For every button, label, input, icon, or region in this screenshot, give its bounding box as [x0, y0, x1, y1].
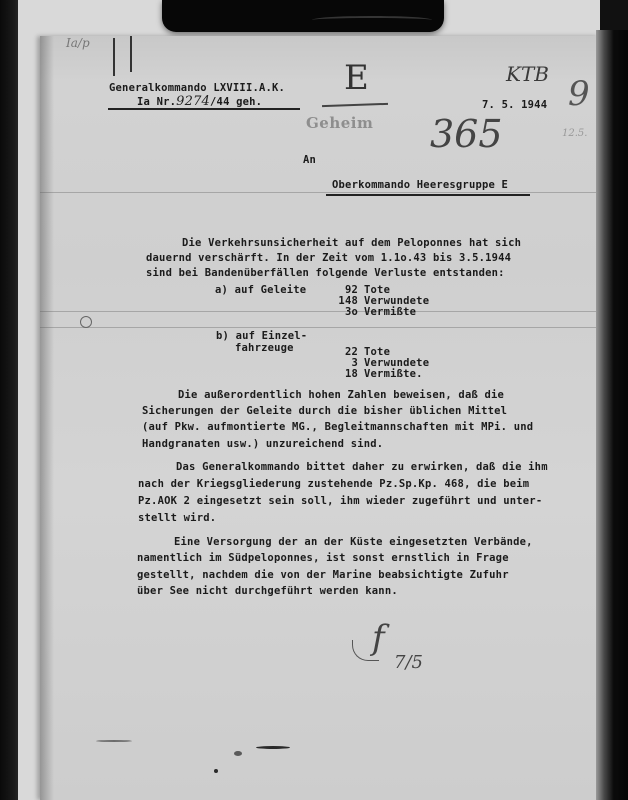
ktb-note: KTB — [506, 62, 549, 86]
loss-label: Vermißte — [364, 305, 416, 319]
punch-hole-icon — [80, 316, 92, 328]
body-line: Pz.AOK 2 eingesetzt sein soll, ihm wiede… — [138, 494, 542, 508]
loss-category: a) auf Geleite — [215, 283, 306, 297]
file-number-handwritten: 9274 — [176, 94, 210, 109]
scan-artifact — [214, 769, 218, 773]
scan-border-right — [596, 30, 628, 800]
document-page — [40, 36, 600, 800]
scan-border-left — [0, 0, 20, 800]
punch-mark — [113, 38, 115, 76]
sender-line2: Ia Nr.9274/44 geh. — [137, 95, 262, 109]
loss-count: 3o — [336, 305, 358, 319]
body-line: namentlich im Südpeloponnes, ist sonst e… — [137, 551, 509, 565]
body-line: Die außerordentlich hohen Zahlen beweise… — [178, 388, 504, 402]
margin-note: Ia/p — [66, 36, 90, 50]
scan-artifact — [234, 751, 242, 756]
body-line: Handgranaten usw.) unzureichend sind. — [142, 437, 383, 451]
classification-stamp: Geheim — [306, 114, 373, 132]
body-line: dauernd verschärft. In der Zeit vom 1.1o… — [146, 251, 511, 265]
crease-line — [40, 327, 596, 328]
handwritten-letter: E — [344, 58, 369, 98]
loss-count: 18 — [336, 367, 358, 381]
received-date-note: 12.5. — [562, 128, 587, 139]
punch-mark — [130, 36, 132, 72]
scan-artifact — [256, 746, 290, 749]
page-number-note: 9 — [568, 74, 590, 114]
document-date: 7. 5. 1944 — [482, 98, 547, 112]
signature-date: 7/5 — [394, 652, 423, 673]
scan-artifact — [96, 740, 132, 742]
loss-category-cont: fahrzeuge — [235, 341, 294, 355]
body-line: stellt wird. — [138, 511, 216, 525]
body-line: gestellt, nachdem die von der Marine bea… — [137, 568, 509, 582]
sender-line1: Generalkommando LXVIII.A.K. — [109, 81, 285, 95]
binder-clip — [162, 0, 444, 32]
body-line: Das Generalkommando bittet daher zu erwi… — [176, 460, 548, 474]
body-line: nach der Kriegsgliederung zustehende Pz.… — [138, 477, 529, 491]
crease-line — [40, 192, 596, 193]
recipient-label: An — [303, 153, 316, 167]
body-line: (auf Pkw. aufmontierte MG., Begleitmanns… — [142, 420, 533, 434]
recipient-underline — [326, 194, 530, 196]
body-line: Die Verkehrsunsicherheit auf dem Pelopon… — [182, 236, 521, 250]
crease-line — [40, 311, 596, 312]
page-fold-shadow — [40, 36, 54, 800]
body-line: über See nicht durchgeführt werden kann. — [137, 584, 398, 598]
body-line: Eine Versorgung der an der Küste eingese… — [174, 535, 533, 549]
body-line: Sicherungen der Geleite durch die bisher… — [142, 404, 507, 418]
recipient-name: Oberkommando Heeresgruppe E — [332, 178, 508, 192]
registry-number: 365 — [430, 112, 503, 156]
scanned-document: Ia/p Generalkommando LXVIII.A.K. Ia Nr.9… — [0, 0, 628, 800]
sender-underline — [108, 108, 300, 110]
body-line: sind bei Bandenüberfällen folgende Verlu… — [146, 266, 505, 280]
loss-label: Vermißte. — [364, 367, 423, 381]
